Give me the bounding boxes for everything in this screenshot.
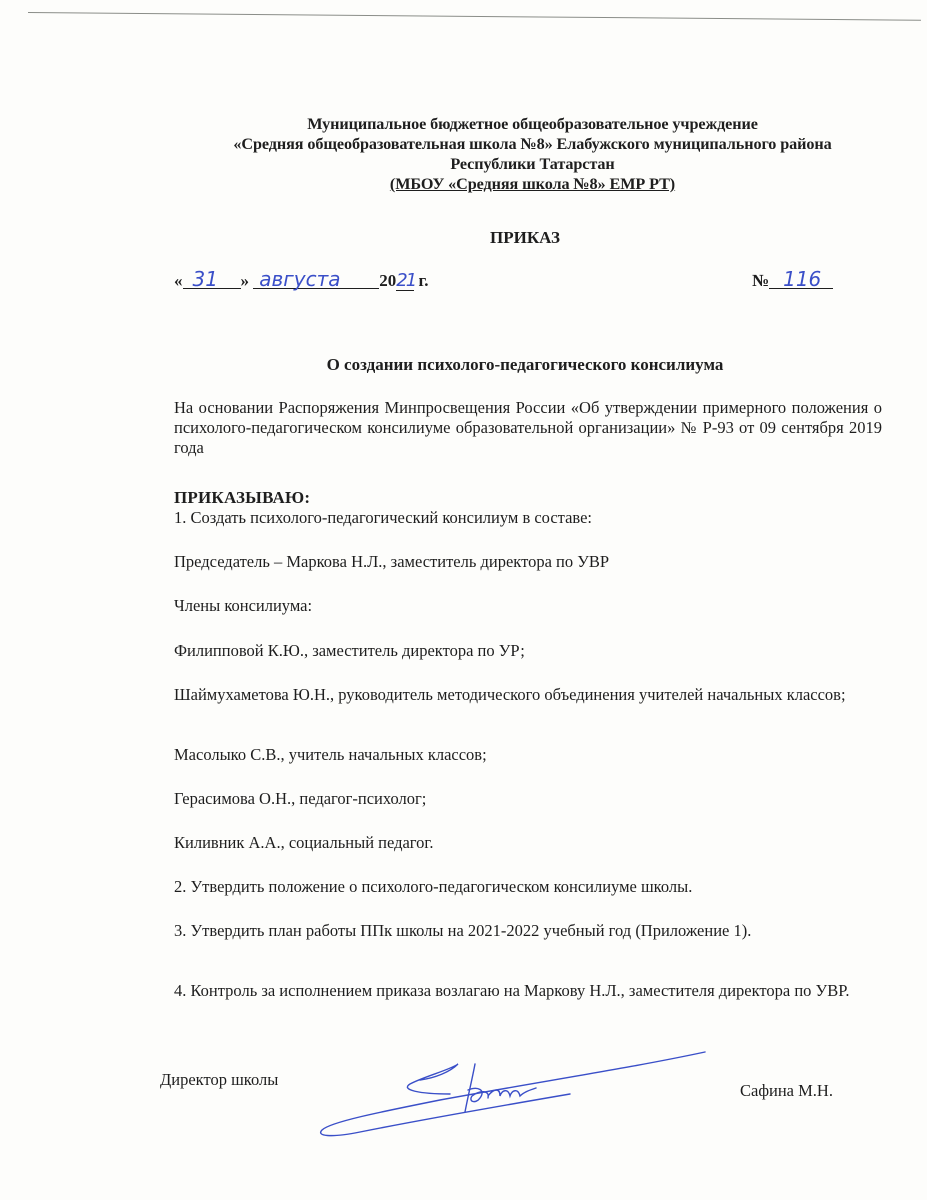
date-close-quote: » (241, 271, 250, 290)
organization-header: Муниципальное бюджетное общеобразователь… (180, 114, 885, 194)
header-line-1: Муниципальное бюджетное общеобразователь… (180, 114, 885, 134)
members-label: Члены консилиума: (174, 596, 882, 616)
header-line-3: Республики Татарстан (180, 154, 885, 174)
date-year-prefix: 20 (379, 271, 396, 290)
date-day-handwritten: 31 (183, 270, 241, 289)
order-date: «31» августа2021 г. (174, 270, 429, 291)
document-title: ПРИКАЗ (160, 228, 890, 248)
scan-edge-rule (28, 12, 921, 21)
number-label: № (752, 271, 769, 290)
header-short-name: (МБОУ «Средняя школа №8» ЕМР РТ) (390, 175, 675, 193)
order-item-3: 3. Утвердить план работы ППк школы на 20… (174, 921, 882, 941)
date-year-unit: г. (419, 271, 429, 290)
date-open-quote: « (174, 271, 183, 290)
member-item: Герасимова О.Н., педагог-психолог; (174, 789, 882, 809)
order-item-4: 4. Контроль за исполнением приказа возла… (174, 981, 882, 1001)
member-item: Филипповой К.Ю., заместитель директора п… (174, 641, 882, 661)
member-item: Киливник А.А., социальный педагог. (174, 833, 882, 853)
header-line-2: «Средняя общеобразовательная школа №8» Е… (180, 134, 885, 154)
signatory-position: Директор школы (160, 1070, 278, 1090)
order-subject: О создании психолого-педагогического кон… (160, 355, 890, 375)
order-item-2: 2. Утвердить положение о психолого-педаг… (174, 877, 882, 897)
basis-paragraph: На основании Распоряжения Минпросвещения… (174, 398, 882, 458)
signatory-name: Сафина М.Н. (740, 1081, 833, 1101)
number-handwritten: 116 (769, 270, 833, 289)
date-month-handwritten: августа (253, 270, 379, 289)
date-year-handwritten: 21 (396, 272, 414, 291)
chairperson: Председатель – Маркова Н.Л., заместитель… (174, 552, 882, 572)
handwritten-signature-icon (300, 1050, 720, 1140)
order-number: №116 (752, 270, 833, 291)
member-item: Шаймухаметова Ю.Н., руководитель методич… (174, 685, 882, 705)
order-item-1: 1. Создать психолого-педагогический конс… (174, 508, 882, 528)
member-item: Масолыко С.В., учитель начальных классов… (174, 745, 882, 765)
orders-heading: ПРИКАЗЫВАЮ: (174, 488, 310, 508)
